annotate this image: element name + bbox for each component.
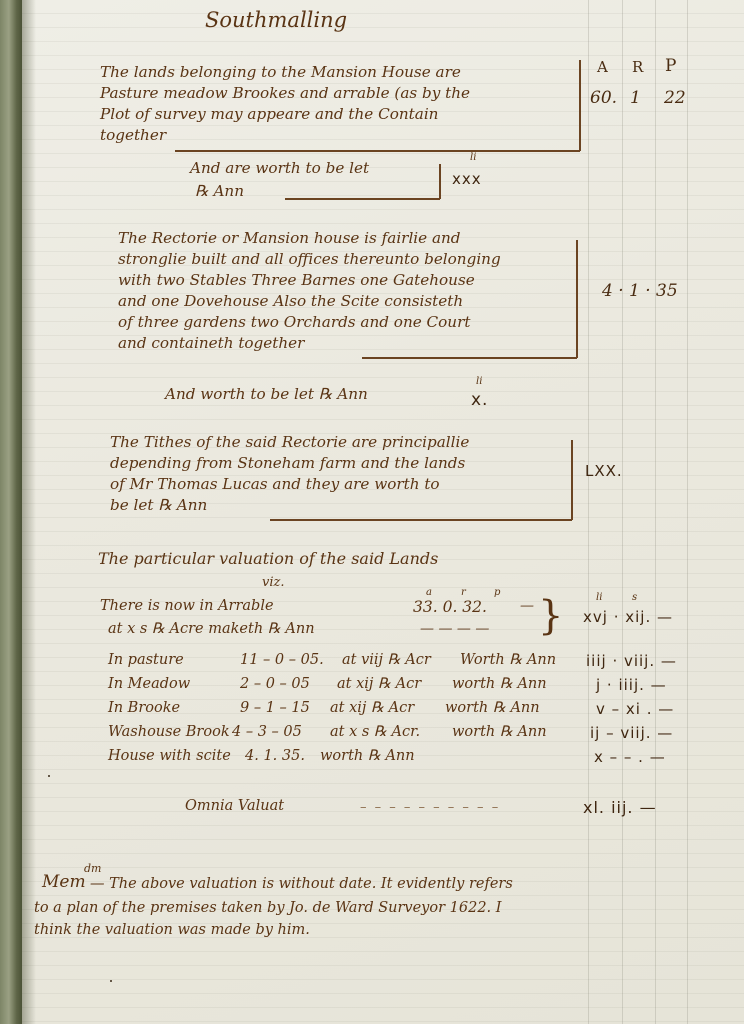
text-line: stronglie built and all offices thereunt…	[118, 249, 501, 270]
bracket-line	[571, 440, 573, 520]
memorandum-line: think the valuation was made by him.	[34, 920, 310, 941]
text-line: of Mr Thomas Lucas and they are worth to	[110, 474, 469, 495]
acres-superscript: a	[426, 587, 432, 598]
valuation-row-rate: at x s ℞ Acr.	[330, 724, 420, 740]
book-binding	[0, 0, 22, 1024]
dash-leader: —	[520, 598, 534, 614]
text-line: with two Stables Three Barnes one Gateho…	[118, 270, 501, 291]
valuation-row-text: worth ℞ Ann	[452, 676, 547, 692]
section2-worth-line: And worth to be let ℞ Ann	[165, 384, 368, 405]
text-line: Pasture meadow Brookes and arrable (as b…	[100, 83, 470, 104]
valuation-row-label: House with scite	[108, 748, 231, 764]
dash-leader: — — — —	[420, 621, 489, 637]
text-line: be let ℞ Ann	[110, 495, 469, 516]
valuation-row-value: v – xi . —	[596, 700, 674, 718]
text-line: The lands belonging to the Mansion House…	[100, 62, 470, 83]
valuation-row-value: j · iiij. —	[596, 676, 667, 694]
ink-speck	[48, 775, 50, 777]
text-line: of three gardens two Orchards and one Co…	[118, 312, 501, 333]
valuation-heading: The particular valuation of the said Lan…	[98, 548, 438, 569]
valuation-row-label: In Meadow	[108, 676, 190, 692]
valuation-row-measure: 33. 0. 32.	[413, 598, 487, 616]
brace: }	[538, 593, 563, 639]
section2-text: The Rectorie or Mansion house is fairlie…	[118, 228, 501, 354]
ink-speck	[110, 980, 112, 982]
valuation-row-value: x – – . —	[594, 748, 666, 766]
section3-text: The Tithes of the said Rectorie are prin…	[110, 432, 469, 516]
section1-worth-value: xxx	[452, 170, 482, 188]
column-rule	[687, 0, 688, 1024]
pounds-superscript: li	[476, 376, 482, 387]
text-line: depending from Stoneham farm and the lan…	[110, 453, 469, 474]
column-header-acres: A	[597, 58, 608, 76]
total-label: Omnia Valuat	[185, 798, 284, 814]
valuation-row-measure: 4 – 3 – 05	[232, 724, 302, 740]
valuation-row-label: There is now in Arrable	[100, 598, 274, 614]
column-header-perches: P	[665, 56, 676, 76]
section2-area: 4 · 1 · 35	[602, 281, 678, 301]
valuation-row-label: In Brooke	[108, 700, 180, 716]
bracket-line	[579, 60, 581, 151]
viz-label: viz.	[262, 575, 284, 590]
valuation-row-measure: 2 – 0 – 05	[240, 676, 310, 692]
section1-worth-line: And are worth to be let	[190, 158, 369, 179]
bracket-line	[285, 198, 440, 200]
column-rule	[655, 0, 656, 1024]
text-line: The Rectorie or Mansion house is fairlie…	[118, 228, 501, 249]
valuation-row-rate: at xij ℞ Acr	[337, 676, 421, 692]
bracket-line	[175, 150, 580, 152]
text-line: and containeth together	[118, 333, 501, 354]
valuation-row-measure: 4. 1. 35.	[245, 748, 305, 764]
valuation-row-text: worth ℞ Ann	[320, 748, 415, 764]
page-title: Southmalling	[205, 8, 347, 32]
text-line: Plot of survey may appeare and the Conta…	[100, 104, 470, 125]
pounds-superscript: li	[470, 152, 476, 163]
section1-acres: 60.	[590, 88, 617, 108]
text-line: together	[100, 125, 470, 146]
valuation-row-value: ij – viij. —	[590, 724, 673, 742]
memorandum-line: — The above valuation is without date. I…	[90, 874, 513, 895]
bracket-line	[270, 519, 572, 521]
valuation-row-text: worth ℞ Ann	[445, 700, 540, 716]
section2-worth-value: x.	[471, 390, 488, 410]
valuation-row-text: Worth ℞ Ann	[460, 652, 556, 668]
text-line: The Tithes of the said Rectorie are prin…	[110, 432, 469, 453]
text-line: and one Dovehouse Also the Scite consist…	[118, 291, 501, 312]
section1-roods: 1	[630, 88, 641, 108]
bracket-line	[362, 357, 577, 359]
memorandum-line: to a plan of the premises taken by Jo. d…	[34, 898, 502, 919]
section1-perches: 22	[664, 88, 686, 108]
column-rule	[622, 0, 623, 1024]
column-header-roods: R	[632, 58, 643, 76]
memorandum-prefix: Mem	[42, 872, 86, 892]
dash-leader: – – – – – – – – – –	[360, 800, 500, 815]
bracket-line	[439, 164, 441, 199]
section1-worth-line: ℞ Ann	[195, 181, 244, 202]
valuation-row-label: at x s ℞ Acre maketh ℞ Ann	[108, 621, 315, 637]
valuation-row-measure: 11 – 0 – 05.	[240, 652, 324, 668]
column-rule	[588, 0, 589, 1024]
shillings-superscript: s	[632, 592, 637, 603]
perches-superscript: p	[494, 587, 500, 598]
bracket-line	[576, 240, 578, 358]
valuation-row-label: In pasture	[108, 652, 184, 668]
gutter-shadow	[22, 0, 36, 1024]
pounds-superscript: li	[596, 592, 602, 603]
valuation-row-measure: 9 – 1 – 15	[240, 700, 310, 716]
section3-value: LXX.	[585, 462, 623, 480]
valuation-row-text: worth ℞ Ann	[452, 724, 547, 740]
total-value: xl. iij. —	[583, 798, 657, 817]
valuation-row-value: iiij · viij. —	[586, 652, 677, 670]
valuation-row-rate: at viij ℞ Acr	[342, 652, 431, 668]
roods-superscript: r	[461, 587, 466, 598]
valuation-row-label: Washouse Brook	[108, 724, 230, 740]
valuation-row-rate: at xij ℞ Acr	[330, 700, 414, 716]
valuation-row-value: xvj · xij. —	[583, 608, 673, 626]
section1-text: The lands belonging to the Mansion House…	[100, 62, 470, 146]
